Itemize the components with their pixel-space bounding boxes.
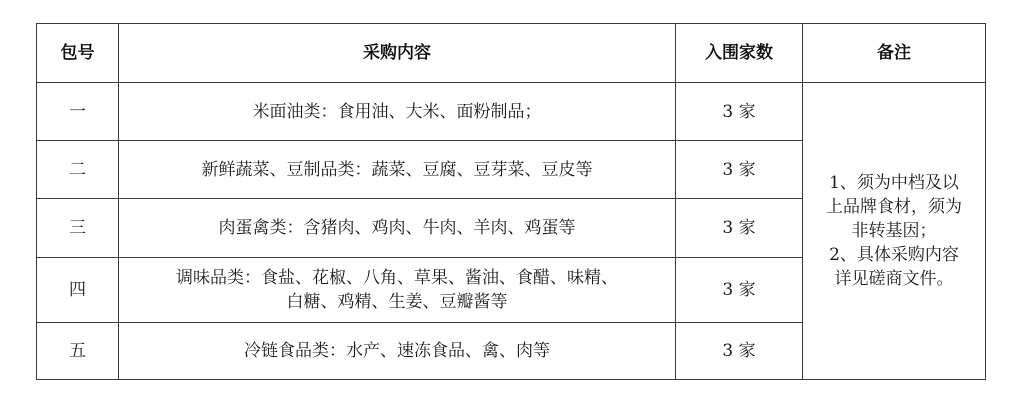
remark-line: 1、须为中档及以 [809,171,979,195]
count-cell: 3 家 [676,258,803,323]
count-cell: 3 家 [676,199,803,258]
content-cell: 调味品类：食盐、花椒、八角、草果、酱油、食醋、味精、 白糖、鸡精、生姜、豆瓣酱等 [119,258,676,323]
header-procurement-content: 采购内容 [119,24,676,83]
count-cell: 3 家 [676,141,803,199]
procurement-table: 包号 采购内容 入围家数 备注 一 米面油类：食用油、大米、面粉制品； 3 家 … [36,23,986,380]
content-cell: 米面油类：食用油、大米、面粉制品； [119,83,676,141]
content-text: 新鲜蔬菜、豆制品类：蔬菜、豆腐、豆芽菜、豆皮等 [125,158,669,182]
count-cell: 3 家 [676,83,803,141]
count-cell: 3 家 [676,323,803,380]
content-text: 调味品类：食盐、花椒、八角、草果、酱油、食醋、味精、 [125,266,669,290]
header-remarks: 备注 [803,24,986,83]
remark-line: 2、具体采购内容 [809,243,979,267]
table-row: 一 米面油类：食用油、大米、面粉制品； 3 家 1、须为中档及以 上品牌食材，须… [37,83,986,141]
package-no-cell: 四 [37,258,119,323]
content-text: 冷链食品类：水产、速冻食品、禽、肉等 [125,339,669,363]
content-cell: 肉蛋禽类：含猪肉、鸡肉、牛肉、羊肉、鸡蛋等 [119,199,676,258]
content-cell: 冷链食品类：水产、速冻食品、禽、肉等 [119,323,676,380]
remarks-cell: 1、须为中档及以 上品牌食材，须为 非转基因； 2、具体采购内容 详见磋商文件。 [803,83,986,380]
table-header-row: 包号 采购内容 入围家数 备注 [37,24,986,83]
remark-line: 非转基因； [809,219,979,243]
package-no-cell: 一 [37,83,119,141]
package-no-cell: 三 [37,199,119,258]
content-text: 米面油类：食用油、大米、面粉制品； [125,100,669,124]
content-text: 白糖、鸡精、生姜、豆瓣酱等 [125,290,669,314]
header-package-no: 包号 [37,24,119,83]
content-cell: 新鲜蔬菜、豆制品类：蔬菜、豆腐、豆芽菜、豆皮等 [119,141,676,199]
remark-line: 详见磋商文件。 [809,267,979,291]
package-no-cell: 二 [37,141,119,199]
package-no-cell: 五 [37,323,119,380]
header-shortlisted-count: 入围家数 [676,24,803,83]
content-text: 肉蛋禽类：含猪肉、鸡肉、牛肉、羊肉、鸡蛋等 [125,216,669,240]
remark-line: 上品牌食材，须为 [809,195,979,219]
